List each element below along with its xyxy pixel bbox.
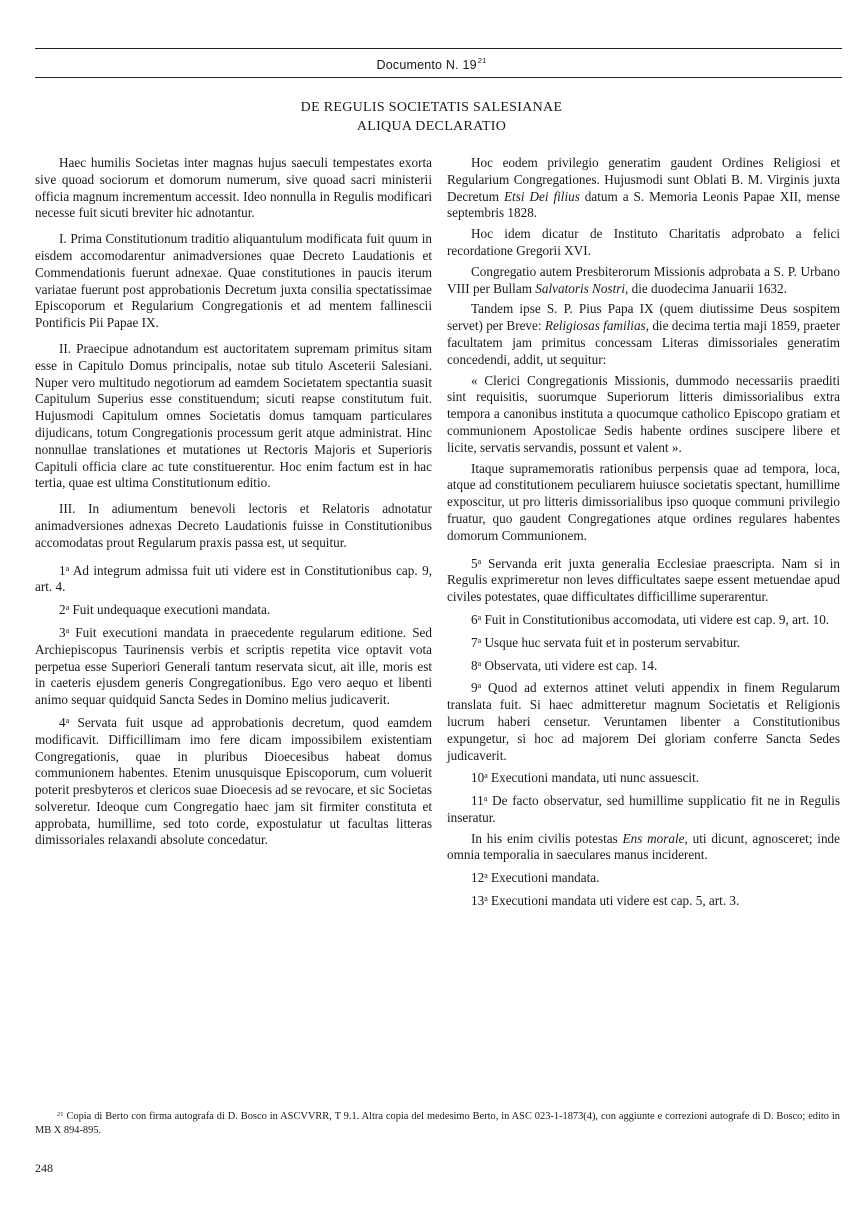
- missions-paragraph: Congregatio autem Presbiterorum Missioni…: [447, 264, 840, 298]
- left-column: Haec humilis Societas inter magnas hujus…: [35, 155, 432, 849]
- list-item-7: 7a Usque huc servata fuit et in posterum…: [447, 633, 840, 652]
- privilege-paragraph: Hoc eodem privilegio generatim gaudent O…: [447, 155, 840, 222]
- page-number: 248: [35, 1161, 53, 1176]
- right-column: Hoc eodem privilegio generatim gaudent O…: [447, 155, 840, 910]
- list-item-3: 3a Fuit executioni mandata in praecedent…: [35, 623, 432, 709]
- section-1-paragraph: I. Prima Constitutionum traditio aliquan…: [35, 231, 432, 332]
- quote-paragraph: « Clerici Congregationis Missionis, dumm…: [447, 373, 840, 457]
- list-item-6: 6a Fuit in Constitutionibus accomodata, …: [447, 610, 840, 629]
- document-title-line-1: DE REGULIS SOCIETATIS SALESIANAE: [0, 98, 863, 117]
- header-rule-bottom: [35, 77, 842, 78]
- list-item-4: 4a Servata fuit usque ad approbationis d…: [35, 713, 432, 849]
- header-rule-top: [35, 48, 842, 49]
- list-item-13: 13a Executioni mandata uti videre est ca…: [447, 891, 840, 910]
- document-header: Documento N. 1921: [0, 56, 863, 72]
- list-item-12: 12a Executioni mandata.: [447, 868, 840, 887]
- list-item-5: 5a Servanda erit juxta generalia Ecclesi…: [447, 554, 840, 606]
- charity-institute-paragraph: Hoc idem dicatur de Instituto Charitatis…: [447, 226, 840, 260]
- conclusion-paragraph: Itaque supramemoratis rationibus perpens…: [447, 461, 840, 545]
- footnote: 21 Copia di Berto con firma autografa di…: [35, 1108, 840, 1137]
- section-3-paragraph: III. In adiumentum benevoli lectoris et …: [35, 501, 432, 551]
- list-item-10: 10a Executioni mandata, uti nunc assuesc…: [447, 768, 840, 787]
- document-title-line-2: ALIQUA DECLARATIO: [0, 117, 863, 136]
- list-item-11-continuation: In his enim civilis potestas Ens morale,…: [447, 831, 840, 865]
- pius-ix-paragraph: Tandem ipse S. P. Pius Papa IX (quem diu…: [447, 301, 840, 368]
- list-item-11: 11a De facto observatur, sed humillime s…: [447, 791, 840, 827]
- intro-paragraph: Haec humilis Societas inter magnas hujus…: [35, 155, 432, 222]
- list-item-1: 1a Ad integrum admissa fuit uti videre e…: [35, 561, 432, 597]
- list-item-2: 2a Fuit undequaque executioni mandata.: [35, 600, 432, 619]
- list-item-9: 9a Quod ad externos attinet veluti appen…: [447, 678, 840, 764]
- footnote-number: 21: [57, 1111, 64, 1118]
- footnote-text: Copia di Berto con firma autografa di D.…: [35, 1111, 840, 1136]
- document-label: Documento N. 19: [376, 58, 476, 72]
- list-item-8: 8a Observata, uti videre est cap. 14.: [447, 656, 840, 675]
- footnote-reference[interactable]: 21: [478, 56, 487, 65]
- section-2-paragraph: II. Praecipue adnotandum est auctoritate…: [35, 341, 432, 492]
